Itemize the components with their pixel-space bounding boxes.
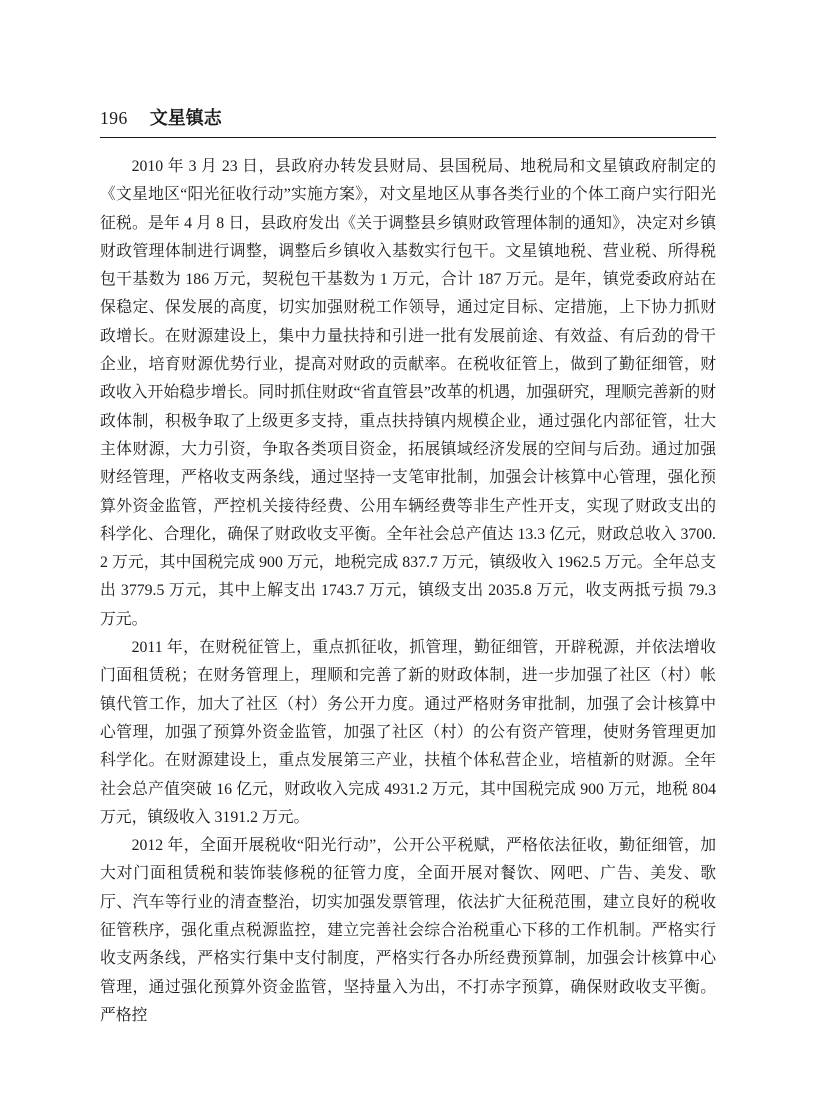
scanned-book-page: 196 文星镇志 2010 年 3 月 23 日，县政府办转发县财局、县国税局、…: [0, 0, 816, 1099]
page-number: 196: [100, 108, 128, 129]
page-body: 2010 年 3 月 23 日，县政府办转发县财局、县国税局、地税局和文星镇政府…: [100, 153, 716, 1030]
running-head: 196 文星镇志: [100, 104, 716, 138]
paragraph-2010: 2010 年 3 月 23 日，县政府办转发县财局、县国税局、地税局和文星镇政府…: [100, 153, 716, 634]
book-title: 文星镇志: [150, 104, 222, 130]
page-content-area: 196 文星镇志 2010 年 3 月 23 日，县政府办转发县财局、县国税局、…: [100, 0, 716, 1030]
paragraph-2011: 2011 年，在财税征管上，重点抓征收，抓管理，勤征细管，开辟税源，并依法增收门…: [100, 634, 716, 832]
paragraph-2012: 2012 年，全面开展税收“阳光行动”，公开公平税赋，严格依法征收，勤征细管，加…: [100, 832, 716, 1030]
